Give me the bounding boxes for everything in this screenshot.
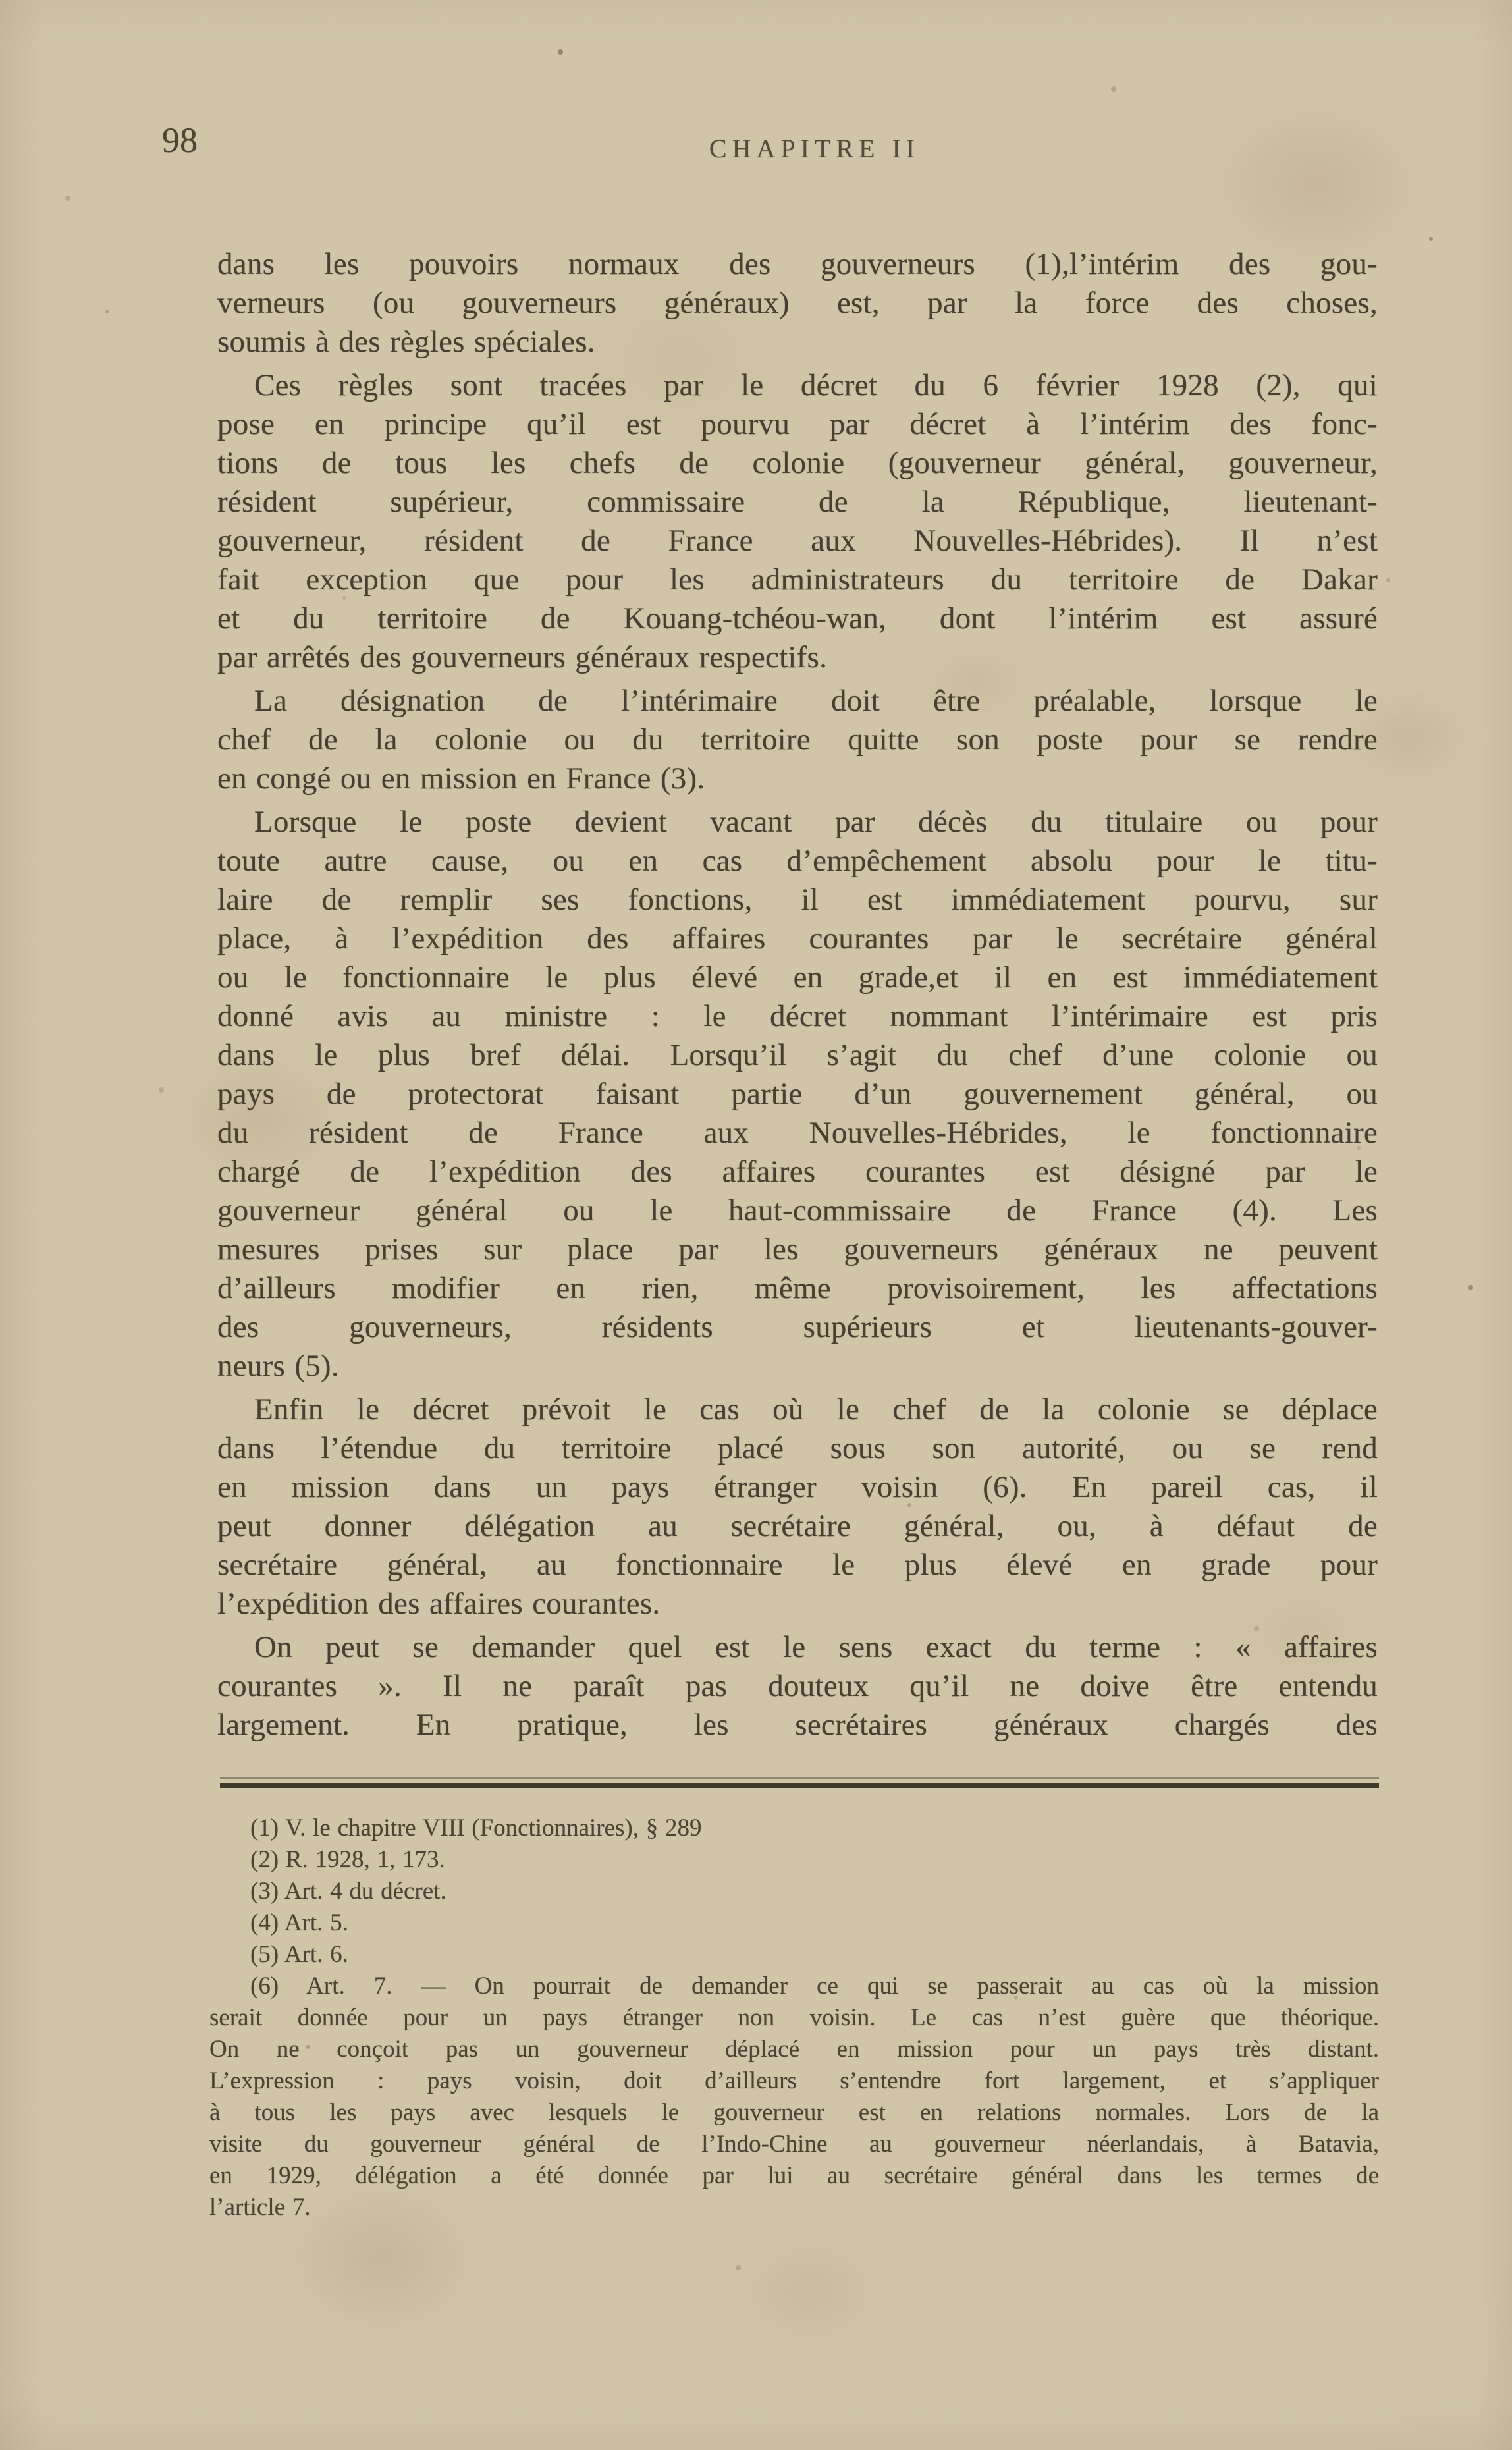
text-line: dans les pouvoirs normaux des gouverneur…: [217, 245, 1378, 284]
paragraph: On peut se demander quel est le sens exa…: [217, 1628, 1378, 1745]
chapter-heading: CHAPITRE II: [234, 136, 1395, 162]
text-line: On peut se demander quel est le sens exa…: [217, 1628, 1378, 1667]
text-line: fait exception que pour les administrate…: [217, 560, 1378, 599]
footnote-line: (1) V. le chapitre VIII (Fonctionnaires)…: [209, 1812, 1379, 1844]
text-line: en congé ou en mission en France (3).: [217, 759, 1378, 798]
text-line: courantes ». Il ne paraît pas douteux qu…: [217, 1667, 1378, 1706]
text-line: donné avis au ministre : le décret nomma…: [217, 997, 1378, 1036]
footnote-line: en 1929, délégation a été donnée par lui…: [209, 2160, 1379, 2192]
text-line: du résident de France aux Nouvelles-Hébr…: [217, 1114, 1378, 1153]
footnote-line: (3) Art. 4 du décret.: [209, 1876, 1379, 1907]
footnote-separator: [220, 1777, 1379, 1789]
text-line: mesures prises sur place par les gouvern…: [217, 1230, 1378, 1269]
text-line: ou le fonctionnaire le plus élevé en gra…: [217, 958, 1378, 997]
paragraph: Ces règles sont tracées par le décret du…: [217, 366, 1378, 677]
paragraph: La désignation de l’intérimaire doit êtr…: [217, 682, 1378, 798]
text-line: Lorsque le poste devient vacant par décè…: [217, 803, 1378, 842]
paper-specks: [0, 0, 4, 4]
text-line: pays de protectorat faisant partie d’un …: [217, 1075, 1378, 1114]
text-line: tions de tous les chefs de colonie (gouv…: [217, 444, 1378, 483]
text-line: largement. En pratique, les secrétaires …: [217, 1706, 1378, 1745]
paragraph: dans les pouvoirs normaux des gouverneur…: [217, 245, 1378, 362]
footnote-line: à tous les pays avec lesquels le gouvern…: [209, 2097, 1379, 2129]
footnote-line: On ne conçoit pas un gouverneur déplacé …: [209, 2034, 1379, 2065]
text-line: chargé de l’expédition des affaires cour…: [217, 1153, 1378, 1191]
text-line: peut donner délégation au secrétaire gén…: [217, 1507, 1378, 1546]
paragraph: Enfin le décret prévoit le cas où le che…: [217, 1390, 1378, 1623]
text-line: neurs (5).: [217, 1347, 1378, 1386]
text-line: résident supérieur, commissaire de la Ré…: [217, 483, 1378, 522]
text-line: gouverneur, résident de France aux Nouve…: [217, 522, 1378, 560]
text-line: soumis à des règles spéciales.: [217, 323, 1378, 362]
footnote-line: (2) R. 1928, 1, 173.: [209, 1844, 1379, 1876]
footnote-line: (6) Art. 7. — On pourrait de demander ce…: [209, 1971, 1379, 2002]
text-line: laire de remplir ses fonctions, il est i…: [217, 881, 1378, 919]
footnote-line: (5) Art. 6.: [209, 1939, 1379, 1971]
text-line: Enfin le décret prévoit le cas où le che…: [217, 1390, 1378, 1429]
text-line: dans l’étendue du territoire placé sous …: [217, 1429, 1378, 1468]
footnote-line: l’article 7.: [209, 2192, 1379, 2223]
text-line: secrétaire général, au fonctionnaire le …: [217, 1546, 1378, 1585]
text-line: dans le plus bref délai. Lorsqu’il s’agi…: [217, 1036, 1378, 1075]
footnotes: (1) V. le chapitre VIII (Fonctionnaires)…: [209, 1812, 1379, 2223]
text-line: chef de la colonie ou du territoire quit…: [217, 721, 1378, 759]
body-text: dans les pouvoirs normaux des gouverneur…: [217, 245, 1378, 1745]
text-line: toute autre cause, ou en cas d’empêcheme…: [217, 842, 1378, 881]
text-line: gouverneur général ou le haut-commissair…: [217, 1191, 1378, 1230]
text-line: place, à l’expédition des affaires coura…: [217, 919, 1378, 958]
footnote-line: (4) Art. 5.: [209, 1907, 1379, 1939]
book-page-scan: 98 CHAPITRE II dans les pouvoirs normaux…: [0, 0, 1512, 2450]
text-line: des gouverneurs, résidents supérieurs et…: [217, 1308, 1378, 1347]
text-line: d’ailleurs modifier en rien, même provis…: [217, 1269, 1378, 1308]
footnote-line: visite du gouverneur général de l’Indo-C…: [209, 2129, 1379, 2160]
paragraph: Lorsque le poste devient vacant par décè…: [217, 803, 1378, 1386]
footnote-line: L’expression : pays voisin, doit d’aille…: [209, 2065, 1379, 2097]
text-line: l’expédition des affaires courantes.: [217, 1585, 1378, 1623]
text-line: en mission dans un pays étranger voisin …: [217, 1468, 1378, 1507]
text-line: pose en principe qu’il est pourvu par dé…: [217, 405, 1378, 444]
text-line: et du territoire de Kouang-tchéou-wan, d…: [217, 599, 1378, 638]
text-line: Ces règles sont tracées par le décret du…: [217, 366, 1378, 405]
page-number: 98: [162, 122, 198, 158]
text-line: La désignation de l’intérimaire doit êtr…: [217, 682, 1378, 721]
footnote-line: serait donnée pour un pays étranger non …: [209, 2002, 1379, 2034]
text-line: verneurs (ou gouverneurs généraux) est, …: [217, 284, 1378, 323]
text-line: par arrêtés des gouverneurs généraux res…: [217, 638, 1378, 677]
